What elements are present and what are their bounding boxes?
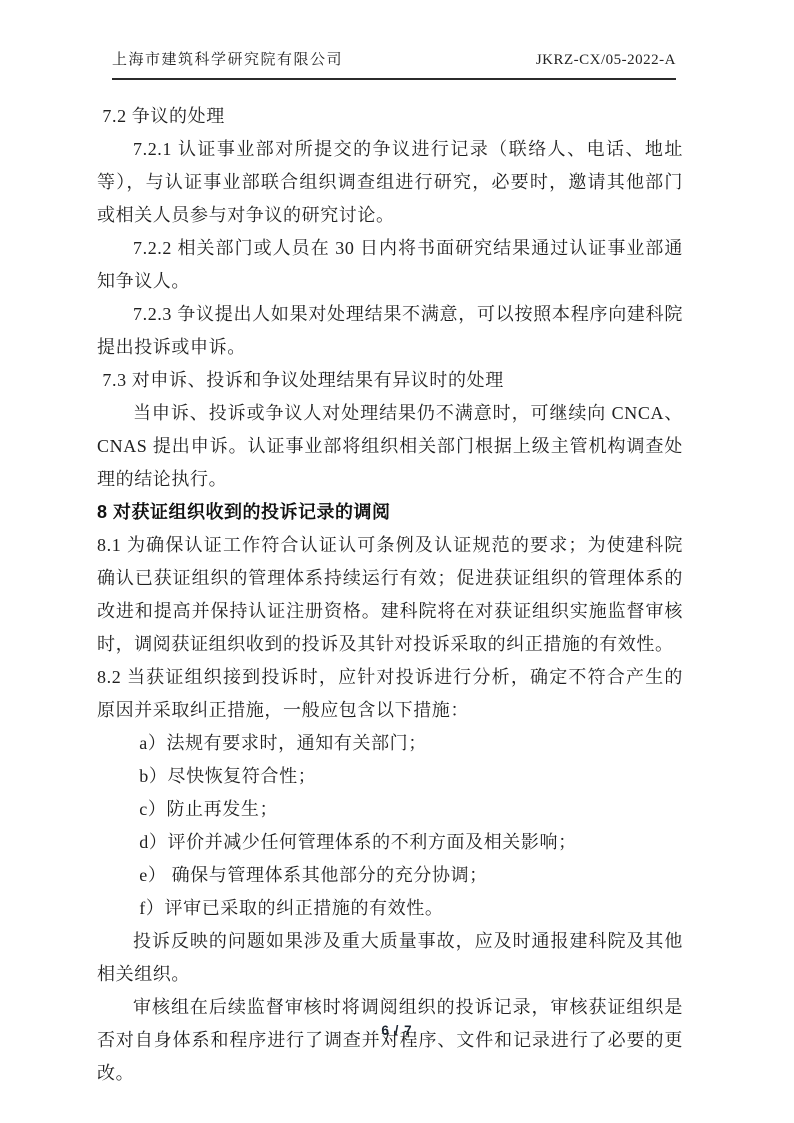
section-heading-8: 8 对获证组织收到的投诉记录的调阅 <box>97 496 683 529</box>
paragraph-7-2-1: 7.2.1 认证事业部对所提交的争议进行记录（联络人、电话、地址等），与认证事业… <box>97 133 683 232</box>
section-heading-7-2: 7.2 争议的处理 <box>97 100 683 133</box>
paragraph-8-1: 8.1 为确保认证工作符合认证认可条例及认证规范的要求；为使建科院确认已获证组织… <box>97 529 683 661</box>
section-heading-7-3: 7.3 对申诉、投诉和争议处理结果有异议时的处理 <box>97 364 683 397</box>
paragraph-8-2: 8.2 当获证组织接到投诉时，应针对投诉进行分析，确定不符合产生的原因并采取纠正… <box>97 661 683 727</box>
paragraph-7-2-3: 7.2.3 争议提出人如果对处理结果不满意，可以按照本程序向建科院提出投诉或申诉… <box>97 298 683 364</box>
paragraph-major-incident: 投诉反映的问题如果涉及重大质量事故，应及时通报建科院及其他相关组织。 <box>97 925 683 991</box>
paragraph-7-3-body: 当申诉、投诉或争议人对处理结果仍不满意时，可继续向 CNCA、CNAS 提出申诉… <box>97 397 683 496</box>
page-footer: 6 / 7 <box>0 1022 794 1040</box>
page-number: 6 / 7 <box>381 1023 412 1038</box>
paragraph-7-2-2: 7.2.2 相关部门或人员在 30 日内将书面研究结果通过认证事业部通知争议人。 <box>97 232 683 298</box>
header-doc-code: JKRZ-CX/05-2022-A <box>536 52 676 69</box>
document-body: 7.2 争议的处理 7.2.1 认证事业部对所提交的争议进行记录（联络人、电话、… <box>97 100 683 1090</box>
header-company-name: 上海市建筑科学研究院有限公司 <box>112 48 343 69</box>
list-item-f: f）评审已采取的纠正措施的有效性。 <box>97 892 683 925</box>
list-item-e: e） 确保与管理体系其他部分的充分协调； <box>97 859 683 892</box>
list-item-a: a）法规有要求时，通知有关部门； <box>97 727 683 760</box>
paragraph-audit-review: 审核组在后续监督审核时将调阅组织的投诉记录，审核获证组织是否对自身体系和程序进行… <box>97 991 683 1090</box>
list-item-d: d）评价并减少任何管理体系的不利方面及相关影响； <box>97 826 683 859</box>
document-page: 上海市建筑科学研究院有限公司 JKRZ-CX/05-2022-A 7.2 争议的… <box>0 0 794 1123</box>
list-item-b: b）尽快恢复符合性； <box>97 760 683 793</box>
page-header: 上海市建筑科学研究院有限公司 JKRZ-CX/05-2022-A <box>112 48 676 80</box>
list-item-c: c）防止再发生； <box>97 793 683 826</box>
